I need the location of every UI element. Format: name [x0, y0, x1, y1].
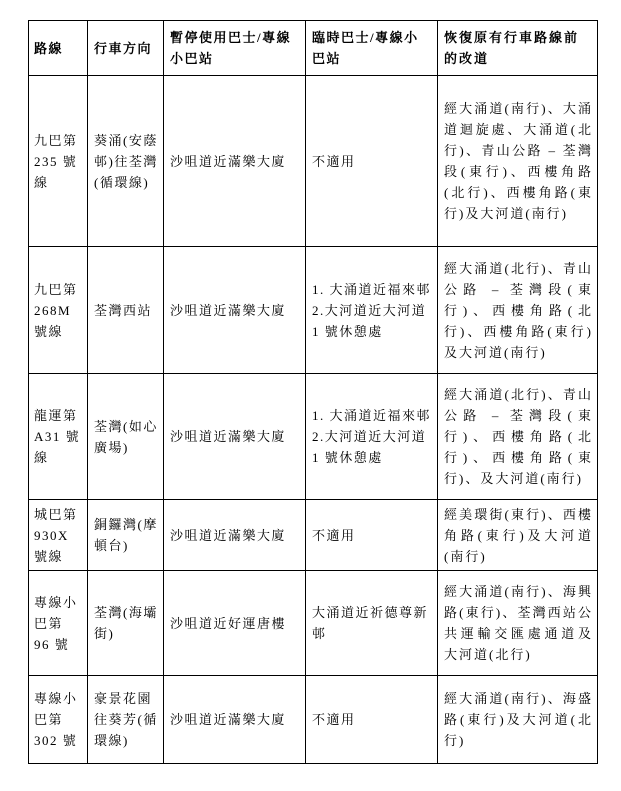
diversion-cell: 經美環街(東行)、西樓角路(東行)及大河道(南行) [438, 500, 598, 571]
direction-cell: 荃灣(如心廣場) [88, 374, 164, 500]
route-cell: 九巴第 235 號線 [29, 76, 88, 247]
suspended-stop-cell: 沙咀道近滿樂大廈 [164, 374, 306, 500]
direction-cell: 葵涌(安蔭邨)往荃灣(循環線) [88, 76, 164, 247]
diversion-cell: 經大涌道(北行)、青山公路 – 荃灣段(東行)、西樓角路(北行)、西樓角路(東行… [438, 374, 598, 500]
col-header-temporary-stop: 臨時巴士/專線小巴站 [306, 21, 438, 76]
diversion-cell: 經大涌道(南行)、大涌道迴旋處、大涌道(北行)、青山公路 – 荃灣段(東行)、西… [438, 76, 598, 247]
suspended-stop-cell: 沙咀道近滿樂大廈 [164, 676, 306, 764]
table-row: 龍運第 A31 號線 荃灣(如心廣場) 沙咀道近滿樂大廈 1. 大涌道近福來邨 … [29, 374, 598, 500]
suspended-stop-cell: 沙咀道近滿樂大廈 [164, 247, 306, 374]
diversion-cell: 經大涌道(南行)、海盛路(東行)及大河道(北行) [438, 676, 598, 764]
route-cell: 龍運第 A31 號線 [29, 374, 88, 500]
route-cell: 九巴第 268M 號線 [29, 247, 88, 374]
temporary-stop-cell: 不適用 [306, 676, 438, 764]
col-header-route: 路線 [29, 21, 88, 76]
direction-cell: 銅鑼灣(摩頓台) [88, 500, 164, 571]
direction-cell: 荃灣(海壩街) [88, 571, 164, 676]
direction-cell: 荃灣西站 [88, 247, 164, 374]
route-cell: 專線小巴第 302 號 [29, 676, 88, 764]
table-row: 城巴第 930X 號線 銅鑼灣(摩頓台) 沙咀道近滿樂大廈 不適用 經美環街(東… [29, 500, 598, 571]
col-header-direction: 行車方向 [88, 21, 164, 76]
table-row: 專線小巴第 302 號 豪景花園往葵芳(循環線) 沙咀道近滿樂大廈 不適用 經大… [29, 676, 598, 764]
table-row: 九巴第 268M 號線 荃灣西站 沙咀道近滿樂大廈 1. 大涌道近福來邨 2.大… [29, 247, 598, 374]
temporary-stop-cell: 大涌道近祈德尊新邨 [306, 571, 438, 676]
col-header-suspended-stop: 暫停使用巴士/專線小巴站 [164, 21, 306, 76]
table-header-row: 路線 行車方向 暫停使用巴士/專線小巴站 臨時巴士/專線小巴站 恢復原有行車路線… [29, 21, 598, 76]
diversion-cell: 經大涌道(北行)、青山公路 – 荃灣段(東行)、西樓角路(北行)、西樓角路(東行… [438, 247, 598, 374]
bus-route-diversion-table: 路線 行車方向 暫停使用巴士/專線小巴站 臨時巴士/專線小巴站 恢復原有行車路線… [28, 20, 598, 764]
table-row: 九巴第 235 號線 葵涌(安蔭邨)往荃灣(循環線) 沙咀道近滿樂大廈 不適用 … [29, 76, 598, 247]
temporary-stop-cell: 1. 大涌道近福來邨 2.大河道近大河道 1 號休憩處 [306, 374, 438, 500]
route-cell: 專線小巴第 96 號 [29, 571, 88, 676]
temporary-stop-cell: 不適用 [306, 500, 438, 571]
direction-cell: 豪景花園往葵芳(循環線) [88, 676, 164, 764]
temporary-stop-cell: 1. 大涌道近福來邨 2.大河道近大河道 1 號休憩處 [306, 247, 438, 374]
suspended-stop-cell: 沙咀道近好運唐樓 [164, 571, 306, 676]
suspended-stop-cell: 沙咀道近滿樂大廈 [164, 76, 306, 247]
diversion-cell: 經大涌道(南行)、海興路(東行)、荃灣西站公共運輸交匯處通道及大河道(北行) [438, 571, 598, 676]
suspended-stop-cell: 沙咀道近滿樂大廈 [164, 500, 306, 571]
route-cell: 城巴第 930X 號線 [29, 500, 88, 571]
temporary-stop-cell: 不適用 [306, 76, 438, 247]
col-header-diversion: 恢復原有行車路線前的改道 [438, 21, 598, 76]
table-row: 專線小巴第 96 號 荃灣(海壩街) 沙咀道近好運唐樓 大涌道近祈德尊新邨 經大… [29, 571, 598, 676]
